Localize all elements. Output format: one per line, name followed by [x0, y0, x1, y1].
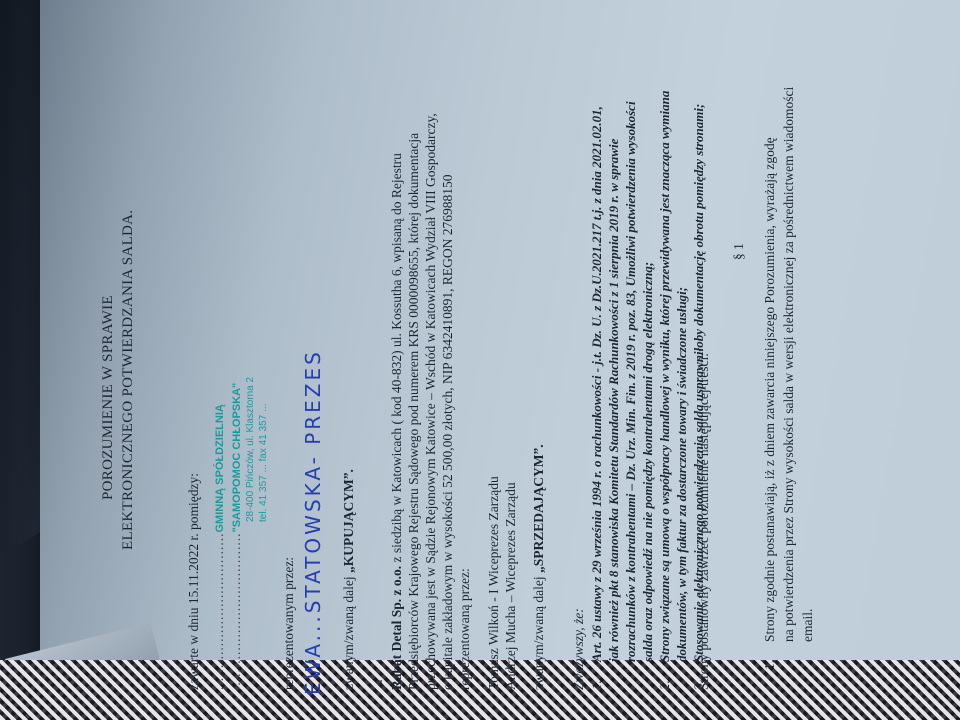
handwritten-representative: EWA...STATOWSKA- PREZES [305, 349, 322, 695]
seller-rep-2: Andrzej Mucha – Wiceprezes Zarządu [502, 476, 519, 690]
document-page: POROZUMIENIE W SPRAWIE ELEKTRONICZNEGO P… [140, 20, 920, 700]
seller-description: Rabat Detal Sp. z o.o. z siedzibą w Kato… [388, 113, 473, 690]
whereas-label: Zważywszy, że: [570, 608, 587, 690]
seller-designation: zwanym/zwaną dalej „SPRZEDAJĄCYM”. [530, 444, 547, 690]
represented-by-label: reprezentowanym przez: [280, 557, 297, 690]
agreement-intro: zawarte w dniu 15.11.2022 r. pomiędzy: [185, 473, 202, 690]
seller-name: Rabat Detal Sp. z o.o. [389, 566, 404, 690]
buyer-label: „KUPUJĄCYM”. [341, 469, 356, 573]
party1-stamp: ....................................GMIN… [210, 377, 270, 690]
buyer-designation: zwanym/zwaną dalej „KUPUJĄCYM”. [340, 469, 357, 690]
and-conjunction: a [370, 680, 387, 685]
whereas-list: 1.Art. 26 ustawy z 29 września 1994 r. o… [588, 91, 707, 690]
section-heading: § 1 [730, 243, 747, 260]
stamp-line2: "SAMOPOMOC CHŁOPSKA" [231, 383, 243, 533]
stamp-line3: 28-400 Pińczów, ul. Klasztorna 2 [245, 377, 256, 690]
seller-rep-1: Tomasz Wilkoń - I Wiceprezes Zarządu [485, 476, 502, 690]
document-title-line2: ELEKTRONICZNEGO POTWIERDZANIA SALDA. [120, 210, 137, 550]
agreement-statement: Strony postanowiły zawrzeć porozumienie … [695, 353, 712, 690]
section1-point1: 1.Strony zgodnie postanawiają, iż z dnie… [760, 87, 817, 670]
document-title-line1: POROZUMIENIE W SPRAWIE [100, 295, 117, 500]
stamp-line1: GMINNĄ SPÓŁDZIELNIĄ [214, 404, 226, 532]
seller-representatives: Tomasz Wilkoń - I Wiceprezes Zarządu And… [485, 476, 519, 690]
photo-scene: POROZUMIENIE W SPRAWIE ELEKTRONICZNEGO P… [0, 0, 960, 720]
seller-label: „SPRZEDAJĄCYM”. [531, 444, 546, 573]
stamp-line4: tel. 41 357 ... fax 41 357 ... [258, 404, 269, 690]
